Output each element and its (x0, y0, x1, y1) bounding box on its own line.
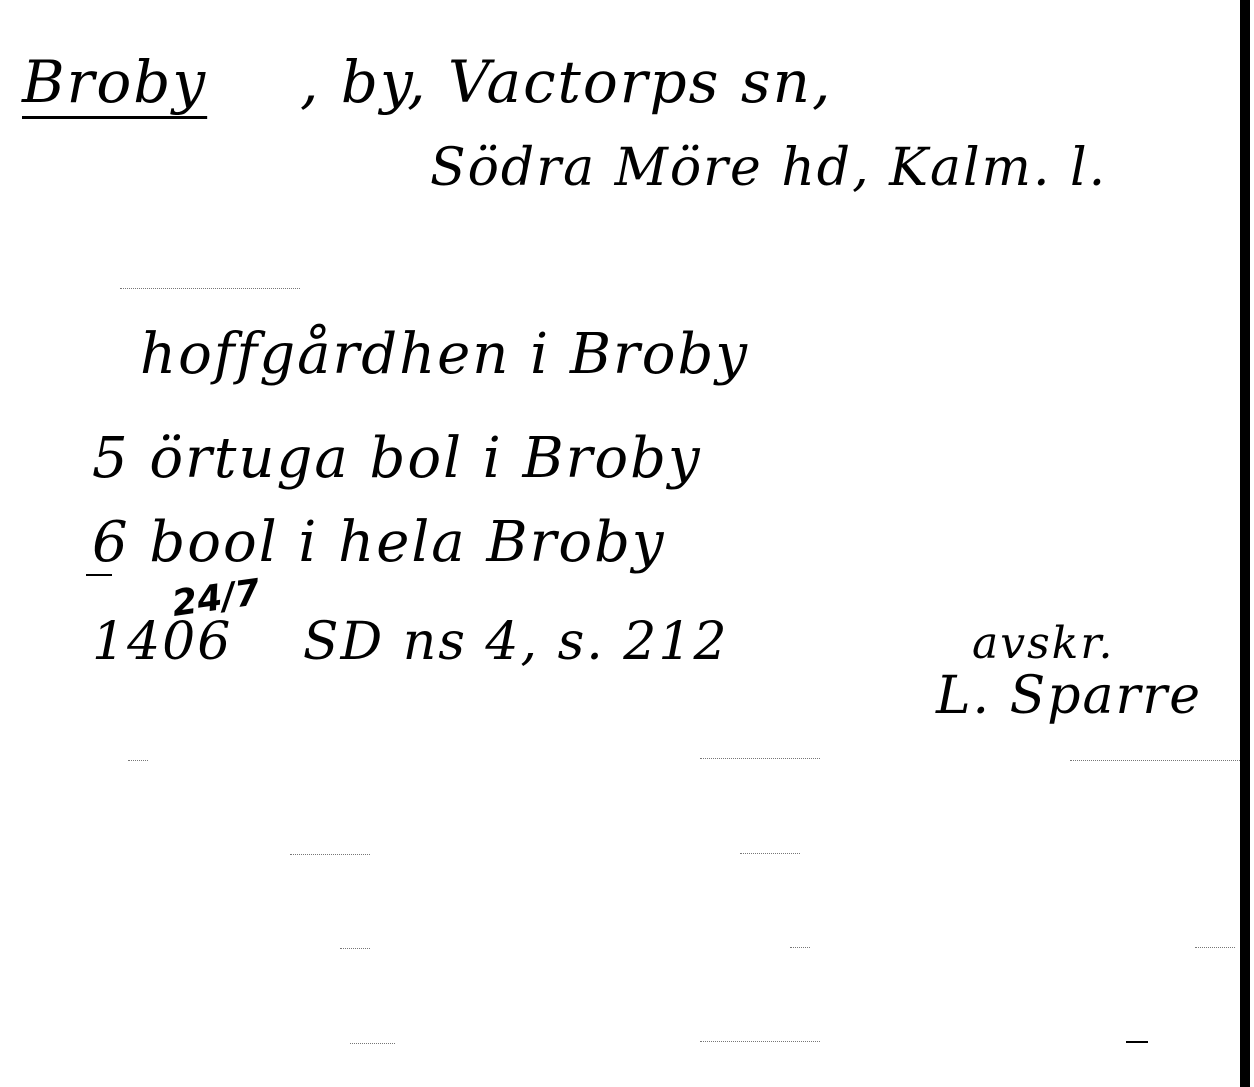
faint-rule (700, 1041, 820, 1042)
heading-place: Broby (22, 48, 207, 116)
faint-rule (350, 1043, 395, 1044)
stray-mark (1126, 1041, 1148, 1043)
reference-source: SD ns 4, s. 212 (303, 612, 729, 672)
faint-rule (700, 758, 820, 759)
heading-parish: , by, Vactorps sn, (300, 48, 832, 116)
number-underline (86, 574, 112, 576)
index-card: Broby , by, Vactorps sn, Södra Möre hd, … (0, 0, 1254, 1087)
card-edge-border (1240, 0, 1250, 1087)
heading-location: Södra Möre hd, Kalm. l. (430, 138, 1107, 198)
entry-line: 5 örtuga bol i Broby (92, 426, 702, 491)
faint-rule (128, 760, 148, 761)
faint-rule (1195, 947, 1235, 948)
reference-line: 1406 SD ns 4, s. 212 (92, 612, 729, 672)
place-name: Broby (22, 48, 207, 116)
entry-line: hoffgårdhen i Broby (140, 322, 749, 387)
faint-rule (340, 948, 370, 949)
reference-year: 1406 (92, 612, 232, 672)
annotation: avskr. (972, 618, 1115, 669)
faint-rule (790, 947, 810, 948)
faint-rule (740, 853, 800, 854)
signature: L. Sparre (936, 666, 1202, 726)
faint-rule (290, 854, 370, 855)
entry-line: 6 bool i hela Broby (92, 510, 666, 575)
faint-rule (1070, 760, 1240, 761)
faint-rule (120, 288, 300, 289)
